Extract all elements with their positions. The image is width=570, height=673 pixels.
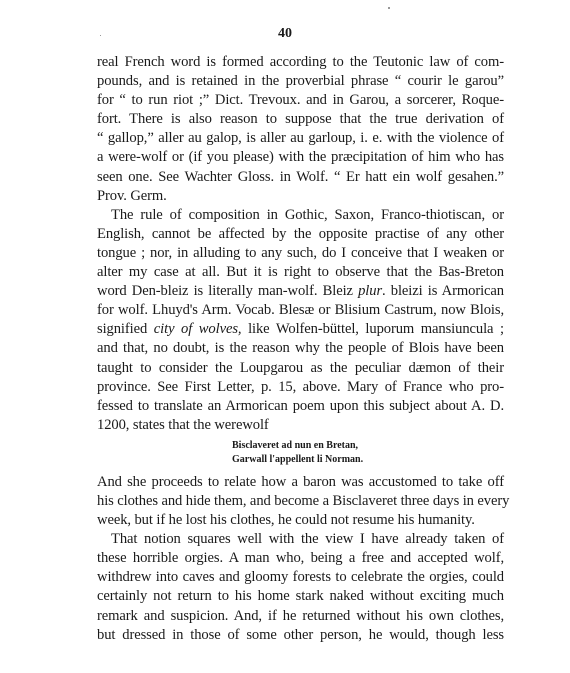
text-line: alter my case at all. But it is right to…: [97, 263, 504, 282]
page-body: real French word is formed according to …: [97, 53, 504, 645]
text-line: signified city of wolves, like Wolfen-bü…: [97, 320, 504, 339]
paragraph-3: And she proceeds to relate how a baron w…: [97, 473, 504, 530]
text-line: fort. There is also reason to suppose th…: [97, 110, 504, 129]
text-line: for wolf. Lhuyd's Arm. Vocab. Blesæ or B…: [97, 301, 504, 320]
scan-speck: [388, 7, 390, 9]
text-line: remark and suspicion. And, if he returne…: [97, 607, 504, 626]
text-line: his clothes and hide them, and become a …: [97, 492, 504, 511]
text-line: The rule of composition in Gothic, Saxon…: [97, 206, 504, 225]
verse-line: Bisclaveret ad nun en Bretan,: [97, 439, 504, 453]
text-line: week, but if he lost his clothes, he cou…: [97, 511, 504, 530]
text-line: 1200, states that the werewolf: [97, 416, 504, 435]
text-line: word Den-bleiz is literally man-wolf. Bl…: [97, 282, 504, 301]
text-line: “ gallop,” aller au galop, is aller au g…: [97, 129, 504, 148]
text-line: pounds, and is retained in the proverbia…: [97, 72, 504, 91]
text-run: word Den-bleiz is literally man-wolf. Bl…: [97, 283, 358, 299]
text-line: a were-wolf or (if you please) with the …: [97, 148, 504, 167]
paragraph-1: real French word is formed according to …: [97, 53, 504, 206]
text-run: like Wolfen-büttel, luporum mansiuncula …: [241, 321, 504, 337]
text-line: fessed to translate an Armorican poem up…: [97, 397, 504, 416]
italic-run: plur: [358, 283, 382, 299]
text-line: taught to consider the Loupgarou as the …: [97, 359, 504, 378]
italic-run: city of wolves,: [154, 321, 242, 337]
text-line: And she proceeds to relate how a baron w…: [97, 473, 504, 492]
text-line: withdrew into caves and gloomy forests t…: [97, 568, 504, 587]
text-line: for “ to run riot ;” Dict. Trevoux. and …: [97, 91, 504, 110]
text-line: and that, no doubt, is the reason why th…: [97, 339, 504, 358]
page-number: 40: [0, 26, 570, 42]
text-line: That notion squares well with the view I…: [97, 530, 504, 549]
text-line: certainly not return to his home stark n…: [97, 587, 504, 606]
text-run: . bleizi is Armorican: [382, 283, 504, 299]
text-line: province. See First Letter, p. 15, above…: [97, 378, 504, 397]
text-line: Prov. Germ.: [97, 187, 504, 206]
text-line: real French word is formed according to …: [97, 53, 504, 72]
text-line: but dressed in those of some other perso…: [97, 626, 504, 645]
paragraph-2: The rule of composition in Gothic, Saxon…: [97, 206, 504, 435]
text-line: seen one. See Wachter Gloss. in Wolf. “ …: [97, 168, 504, 187]
text-line: English, cannot be affected by the oppos…: [97, 225, 504, 244]
verse-line: Garwall l'appellent li Norman.: [97, 453, 504, 467]
text-line: tongue ; nor, in alluding to any such, d…: [97, 244, 504, 263]
text-line: these horrible orgies. A man who, being …: [97, 549, 504, 568]
verse-quotation: Bisclaveret ad nun en Bretan, Garwall l'…: [97, 439, 504, 467]
text-run: signified: [97, 321, 154, 337]
paragraph-4: That notion squares well with the view I…: [97, 530, 504, 645]
